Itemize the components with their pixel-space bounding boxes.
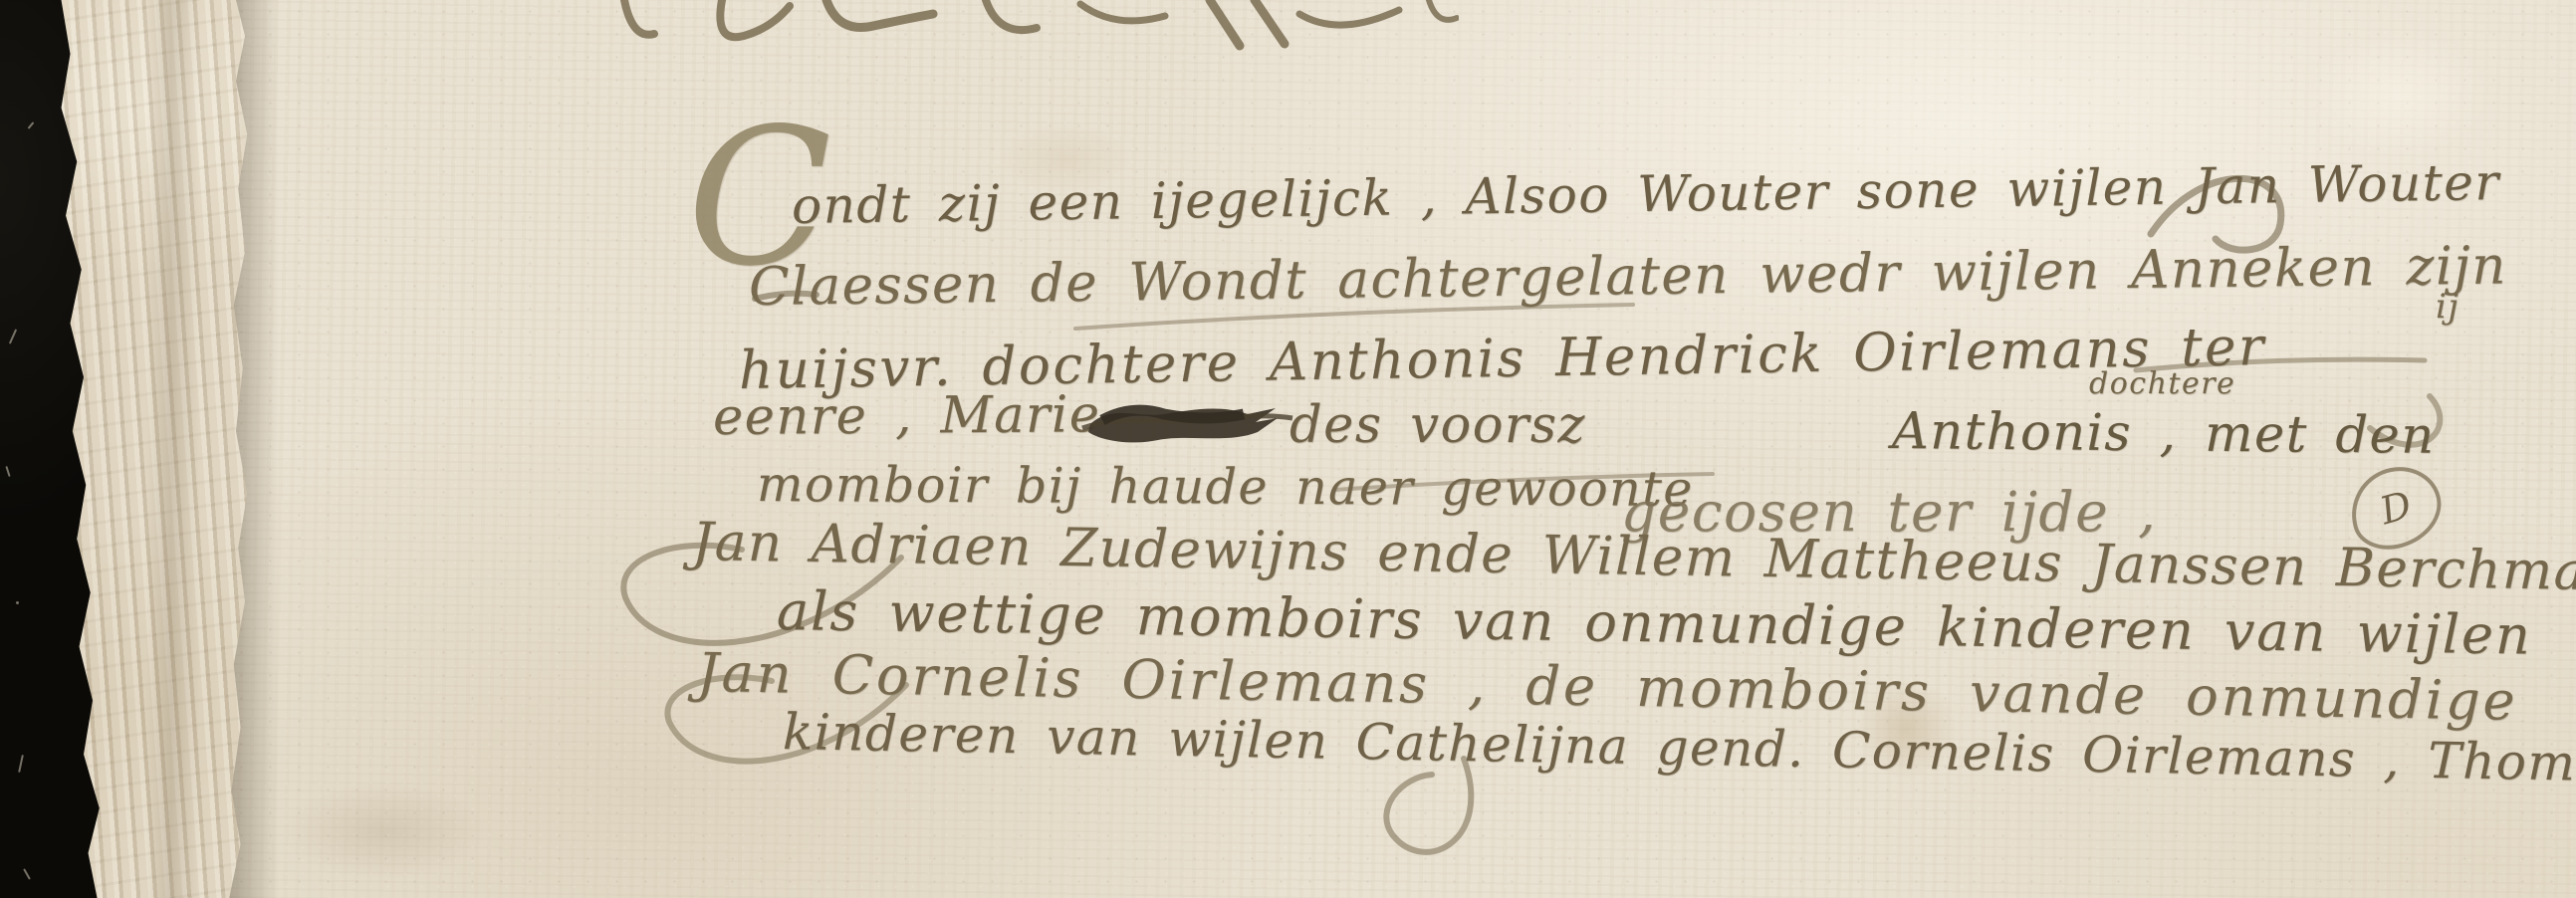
paragraph-mark-letter: D bbox=[2375, 483, 2416, 534]
superscript-correction: ij bbox=[2436, 287, 2459, 327]
manuscript-line-segment: des voorsz bbox=[1289, 396, 1586, 455]
manuscript-scan: C ondt zij een ijegelijck , Alsoo Wouter… bbox=[0, 0, 2576, 898]
manuscript-line-segment: momboir bij haude naer gewoonte bbox=[757, 456, 1694, 518]
ink-scribble-redaction bbox=[1080, 390, 1294, 452]
manuscript-line-segment: Anthonis , met den bbox=[1892, 402, 2436, 466]
superscript-insertion: dochtere bbox=[2089, 366, 2235, 401]
manuscript-line-segment: eenre , Marie bbox=[713, 385, 1101, 447]
